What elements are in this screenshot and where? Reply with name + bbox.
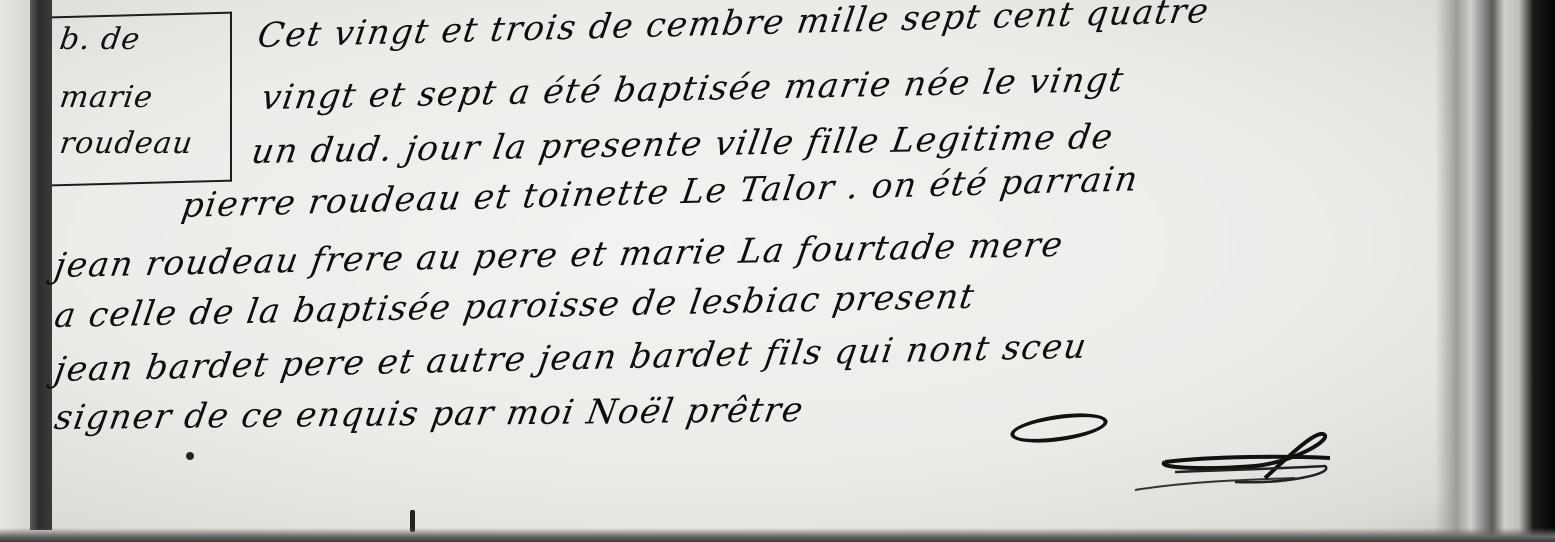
adjacent-page-edge — [0, 0, 30, 542]
margin-note-line: b. de — [58, 22, 143, 57]
page-right-edge — [1435, 0, 1555, 542]
ink-dot — [186, 452, 194, 460]
entry-line: Cet vingt et trois de cembre mille sept … — [255, 0, 1212, 56]
entry-line: jean bardet pere et autre jean bardet fi… — [52, 327, 1090, 391]
entry-line: a celle de la baptisée paroisse de lesbi… — [52, 277, 978, 336]
entry-line: signer de ce enquis par moi Noël prêtre — [52, 390, 807, 438]
margin-note-line: roudeau — [58, 126, 196, 161]
binding-rule — [30, 0, 52, 530]
page-bottom-edge — [0, 528, 1555, 542]
entry-line: vingt et sept a été baptisée marie née l… — [259, 60, 1127, 118]
register-page: b. de marie roudeau Cet vingt et trois d… — [0, 0, 1555, 542]
margin-note-line: marie — [58, 80, 156, 115]
signature-flourish-icon — [1125, 430, 1345, 500]
entry-line: jean roudeau frere au pere et marie La f… — [52, 225, 1067, 286]
signature-paraph-icon — [1009, 408, 1110, 447]
